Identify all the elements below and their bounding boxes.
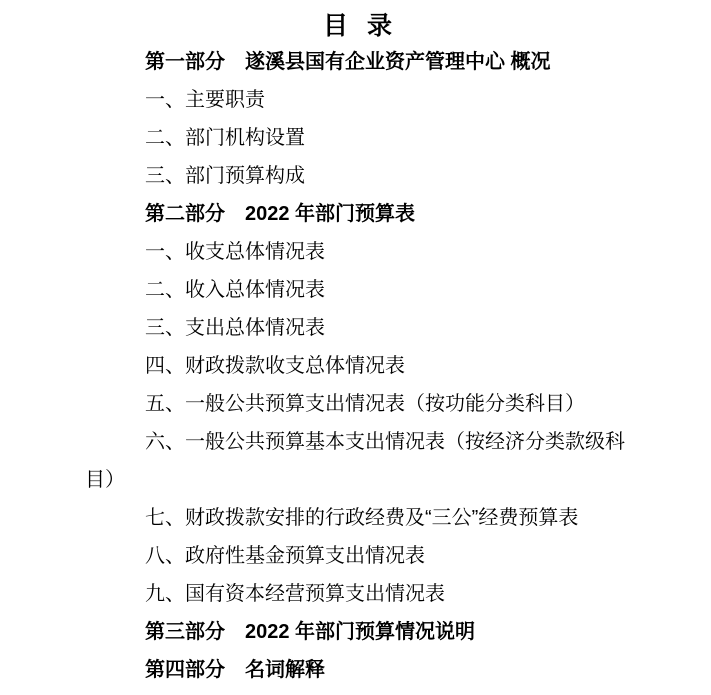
toc-entry: 五、一般公共预算支出情况表（按功能分类科目） xyxy=(85,385,630,423)
toc-entry: 第三部分 2022 年部门预算情况说明 xyxy=(85,613,630,651)
toc-entry: 六、一般公共预算基本支出情况表（按经济分类款级科目） xyxy=(85,423,630,499)
document-canvas: { "document": { "title": "目 录", "toc_ent… xyxy=(0,0,711,695)
toc-entry: 第二部分 2022 年部门预算表 xyxy=(85,195,630,233)
toc-entry: 一、主要职责 xyxy=(85,81,630,119)
toc-entry: 二、收入总体情况表 xyxy=(85,271,630,309)
toc-entry: 第四部分 名词解释 xyxy=(85,651,630,689)
document-page: 目 录 第一部分 遂溪县国有企业资产管理中心 概况 一、主要职责 二、部门机构设… xyxy=(85,0,630,689)
toc-entry: 八、政府性基金预算支出情况表 xyxy=(85,537,630,575)
toc-entry: 七、财政拨款安排的行政经费及“三公”经费预算表 xyxy=(85,499,630,537)
toc-entry: 九、国有资本经营预算支出情况表 xyxy=(85,575,630,613)
toc-entry: 第一部分 遂溪县国有企业资产管理中心 概况 xyxy=(85,43,630,81)
toc-entry: 三、支出总体情况表 xyxy=(85,309,630,347)
toc-title: 目 录 xyxy=(85,9,630,43)
toc-list: 第一部分 遂溪县国有企业资产管理中心 概况 一、主要职责 二、部门机构设置 三、… xyxy=(85,43,630,689)
toc-entry: 二、部门机构设置 xyxy=(85,119,630,157)
toc-entry: 三、部门预算构成 xyxy=(85,157,630,195)
toc-entry: 四、财政拨款收支总体情况表 xyxy=(85,347,630,385)
toc-entry: 一、收支总体情况表 xyxy=(85,233,630,271)
